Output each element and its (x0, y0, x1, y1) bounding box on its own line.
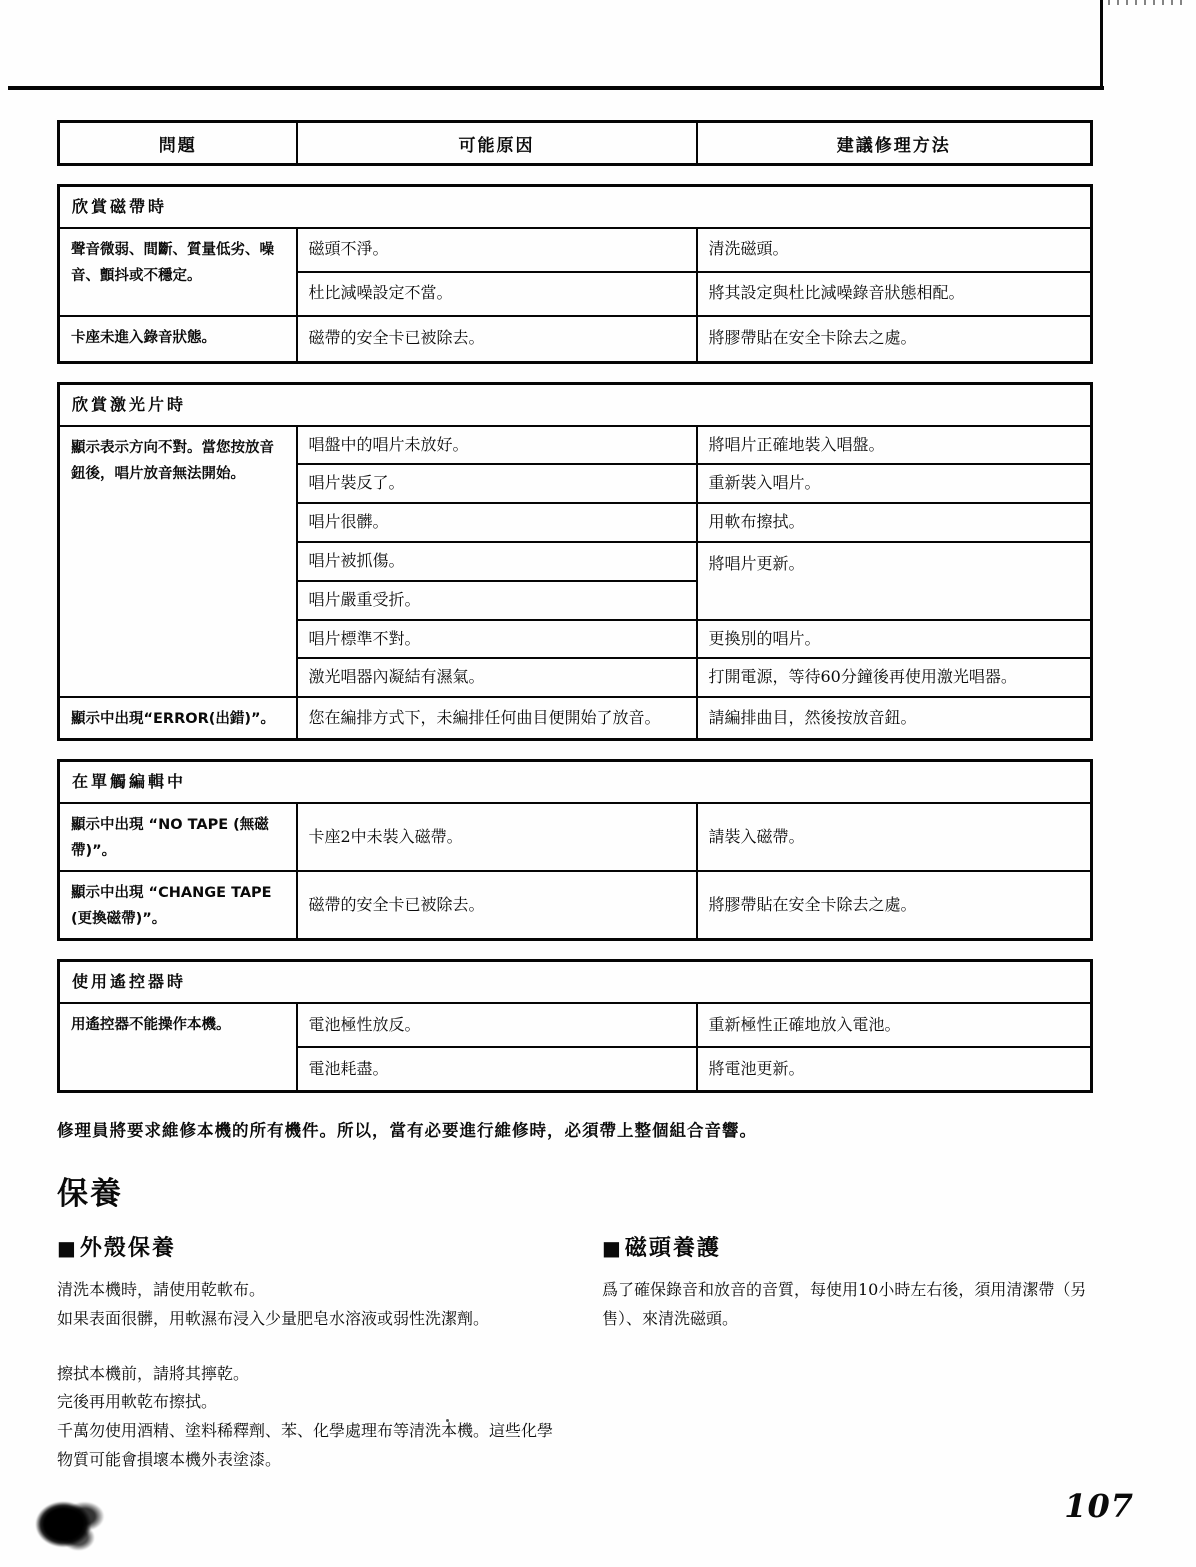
section-table-cd: 欣賞激光片時 顯示表示方向不對。當您按放音鈕後，唱片放音無法開始。 唱盤中的唱片… (57, 382, 1093, 741)
remedy-cell: 將唱片正確地裝入唱盤。 (697, 426, 1092, 465)
cause-cell: 卡座2中未裝入磁帶。 (297, 803, 697, 871)
section-table-remote: 使用遙控器時 用遙控器不能操作本機。 電池極性放反。 重新極性正確地放入電池。 … (57, 959, 1093, 1093)
cabinet-care-heading-label: 外殼保養 (80, 1236, 176, 1261)
top-horizontal-rule (8, 86, 1104, 90)
remedy-cell: 打開電源，等待60分鐘後再使用激光唱器。 (697, 658, 1092, 697)
service-note: 修理員將要求維修本機的所有機件。所以，當有必要進行維修時，必須帶上整個組合音響。 (57, 1119, 1090, 1144)
top-vertical-rule (1100, 0, 1103, 88)
section-title-row: 欣賞激光片時 (59, 383, 1092, 425)
remedy-cell: 將電池更新。 (697, 1047, 1092, 1092)
table-row: 卡座未進入錄音狀態。 磁帶的安全卡已被除去。 將膠帶貼在安全卡除去之處。 (59, 316, 1092, 363)
section-title-row: 使用遙控器時 (59, 961, 1092, 1003)
section-title-row: 在單觸編輯中 (59, 761, 1092, 803)
table-row: 顯示表示方向不對。當您按放音鈕後，唱片放音無法開始。 唱盤中的唱片未放好。 將唱… (59, 426, 1092, 465)
remedy-cell: 清洗磁頭。 (697, 228, 1092, 272)
cause-cell: 電池極性放反。 (297, 1003, 697, 1047)
remedy-cell: 重新裝入唱片。 (697, 464, 1092, 503)
remedy-cell: 將膠帶貼在安全卡除去之處。 (697, 871, 1092, 940)
table-row: 顯示中出現 “CHANGE TAPE (更換磁帶)”。 磁帶的安全卡已被除去。 … (59, 871, 1092, 940)
head-care-heading: ■磁頭養護 (602, 1231, 1090, 1262)
remedy-cell: 請編排曲目，然後按放音鈕。 (697, 697, 1092, 740)
cause-cell: 激光唱器內凝結有濕氣。 (297, 658, 697, 697)
black-square-icon: ■ (602, 1236, 623, 1260)
header-row: 問題 可能原因 建議修理方法 (59, 122, 1092, 165)
cause-cell: 唱片很髒。 (297, 503, 697, 542)
problem-cell: 卡座未進入錄音狀態。 (59, 316, 297, 363)
cause-cell: 唱盤中的唱片未放好。 (297, 426, 697, 465)
section-title: 欣賞激光片時 (59, 383, 1092, 425)
head-care-section: ■磁頭養護 爲了確保錄音和放音的音質，每使用10小時左右後，須用清潔帶（另售）、… (602, 1231, 1090, 1501)
black-square-icon: ■ (57, 1236, 78, 1260)
manual-page: 問題 可能原因 建議修理方法 欣賞磁帶時 聲音微弱、間斷、質量低劣、噪音、顫抖或… (0, 0, 1196, 1567)
paragraph-group: 爲了確保錄音和放音的音質，每使用10小時左右後，須用清潔帶（另售）、來清洗磁頭。 (602, 1276, 1090, 1334)
page-number: 107 (1064, 1487, 1134, 1525)
remedy-cell: 將其設定與杜比減噪錄音狀態相配。 (697, 272, 1092, 316)
table-row: 顯示中出現“ERROR(出錯)”。 您在編排方式下，未編排任何曲目便開始了放音。… (59, 697, 1092, 740)
cause-cell: 磁帶的安全卡已被除去。 (297, 871, 697, 940)
cause-cell: 唱片裝反了。 (297, 464, 697, 503)
column-header-problem: 問題 (59, 122, 297, 165)
problem-cell: 聲音微弱、間斷、質量低劣、噪音、顫抖或不穩定。 (59, 228, 297, 316)
cabinet-care-heading: ■外殼保養 (57, 1231, 562, 1262)
cause-cell: 唱片標準不對。 (297, 620, 697, 659)
paragraph-group: 清洗本機時，請使用乾軟布。 如果表面很髒，用軟濕布浸入少量肥皂水溶液或弱性洗潔劑… (57, 1276, 562, 1334)
table-row: 顯示中出現 “NO TAPE (無磁帶)”。 卡座2中未裝入磁帶。 請裝入磁帶。 (59, 803, 1092, 871)
remedy-cell: 用軟布擦拭。 (697, 503, 1092, 542)
section-title-row: 欣賞磁帶時 (59, 186, 1092, 228)
problem-cell: 顯示中出現“ERROR(出錯)”。 (59, 697, 297, 740)
problem-cell: 顯示表示方向不對。當您按放音鈕後，唱片放音無法開始。 (59, 426, 297, 698)
cause-cell: 唱片被抓傷。 (297, 542, 697, 581)
table-row: 用遙控器不能操作本機。 電池極性放反。 重新極性正確地放入電池。 (59, 1003, 1092, 1047)
section-table-tape: 欣賞磁帶時 聲音微弱、間斷、質量低劣、噪音、顫抖或不穩定。 磁頭不淨。 清洗磁頭… (57, 184, 1093, 364)
remedy-cell: 更換別的唱片。 (697, 620, 1092, 659)
cabinet-care-section: ■外殼保養 清洗本機時，請使用乾軟布。 如果表面很髒，用軟濕布浸入少量肥皂水溶液… (57, 1231, 562, 1501)
body-text: 擦拭本機前，請將其擰乾。 (57, 1360, 562, 1389)
ink-smudge (30, 1490, 118, 1556)
remedy-cell: 重新極性正確地放入電池。 (697, 1003, 1092, 1047)
remedy-cell: 將膠帶貼在安全卡除去之處。 (697, 316, 1092, 363)
section-table-edit: 在單觸編輯中 顯示中出現 “NO TAPE (無磁帶)”。 卡座2中未裝入磁帶。… (57, 759, 1093, 941)
remedy-cell: 將唱片更新。 (697, 542, 1092, 620)
body-text: 如果表面很髒，用軟濕布浸入少量肥皂水溶液或弱性洗潔劑。 (57, 1305, 562, 1334)
cause-cell: 電池耗盡。 (297, 1047, 697, 1092)
body-text: 清洗本機時，請使用乾軟布。 (57, 1276, 562, 1305)
scan-dot-artifact (446, 1419, 449, 1422)
problem-cell: 顯示中出現 “NO TAPE (無磁帶)”。 (59, 803, 297, 871)
cause-cell: 杜比減噪設定不當。 (297, 272, 697, 316)
scan-noise-ticks (1108, 0, 1188, 5)
cause-cell: 磁帶的安全卡已被除去。 (297, 316, 697, 363)
column-header-cause: 可能原因 (297, 122, 697, 165)
cause-cell: 磁頭不淨。 (297, 228, 697, 272)
paragraph-group: 擦拭本機前，請將其擰乾。 完後再用軟乾布擦拭。 千萬勿使用酒精、塗料稀釋劑、苯、… (57, 1360, 562, 1475)
head-care-heading-label: 磁頭養護 (625, 1236, 721, 1261)
table-row: 聲音微弱、間斷、質量低劣、噪音、顫抖或不穩定。 磁頭不淨。 清洗磁頭。 (59, 228, 1092, 272)
column-header-remedy: 建議修理方法 (697, 122, 1092, 165)
troubleshooting-header-table: 問題 可能原因 建議修理方法 (57, 120, 1093, 166)
page-content: 問題 可能原因 建議修理方法 欣賞磁帶時 聲音微弱、間斷、質量低劣、噪音、顫抖或… (57, 120, 1090, 1501)
problem-cell: 顯示中出現 “CHANGE TAPE (更換磁帶)”。 (59, 871, 297, 940)
problem-cell: 用遙控器不能操作本機。 (59, 1003, 297, 1092)
remedy-cell: 請裝入磁帶。 (697, 803, 1092, 871)
body-text: 千萬勿使用酒精、塗料稀釋劑、苯、化學處理布等清洗本機。這些化學物質可能會損壞本機… (57, 1417, 562, 1475)
section-title: 使用遙控器時 (59, 961, 1092, 1003)
cause-cell: 唱片嚴重受折。 (297, 581, 697, 620)
body-text: 爲了確保錄音和放音的音質，每使用10小時左右後，須用清潔帶（另售）、來清洗磁頭。 (602, 1276, 1090, 1334)
body-text: 完後再用軟乾布擦拭。 (57, 1388, 562, 1417)
section-title: 在單觸編輯中 (59, 761, 1092, 803)
maintenance-heading: 保養 (57, 1168, 1090, 1213)
maintenance-columns: ■外殼保養 清洗本機時，請使用乾軟布。 如果表面很髒，用軟濕布浸入少量肥皂水溶液… (57, 1231, 1090, 1501)
cause-cell: 您在編排方式下，未編排任何曲目便開始了放音。 (297, 697, 697, 740)
section-title: 欣賞磁帶時 (59, 186, 1092, 228)
